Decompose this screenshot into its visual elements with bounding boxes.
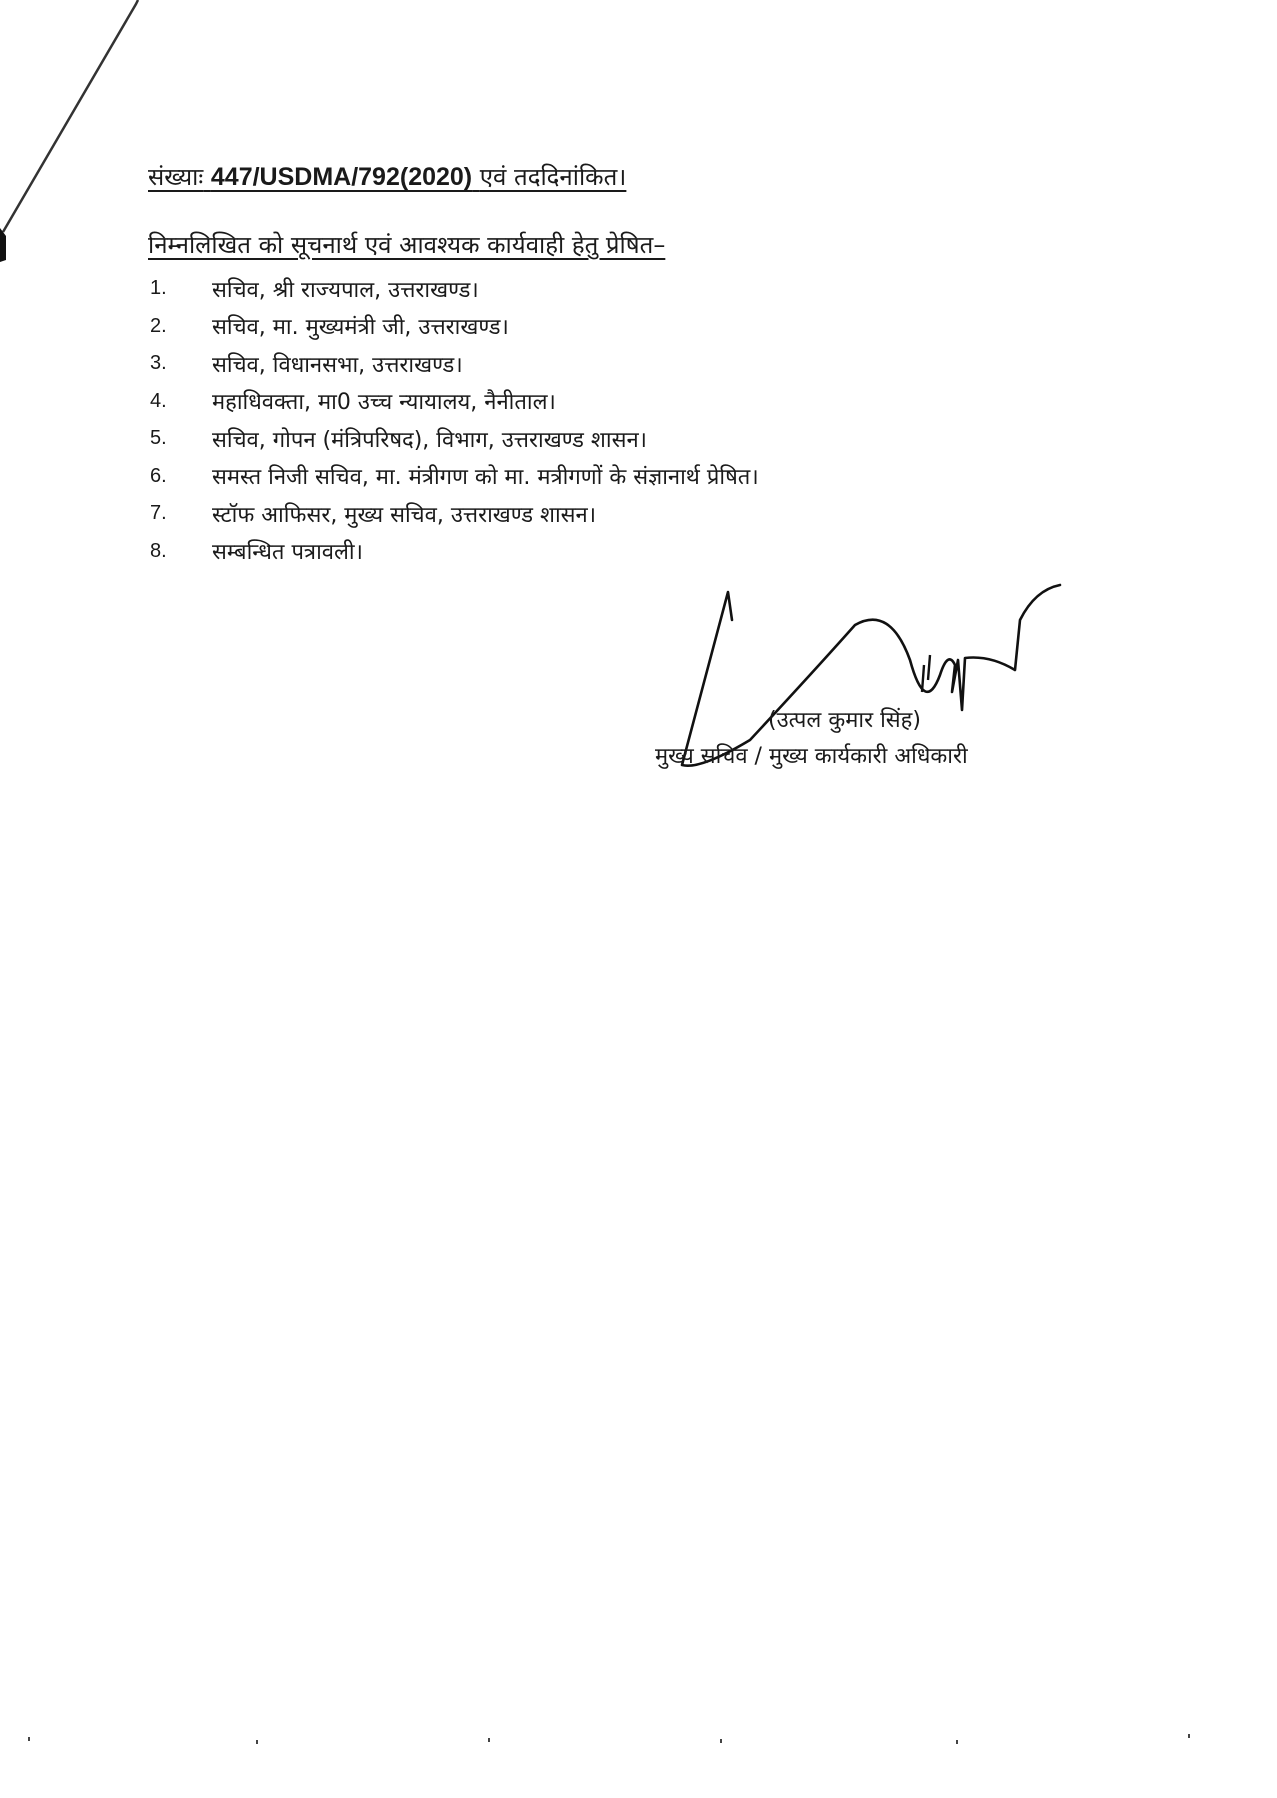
item-text: महाधिवक्ता, मा0 उच्च न्यायालय, नैनीताल। — [212, 386, 556, 416]
item-number: 4. — [150, 390, 212, 413]
signatory-name: (उत्पल कुमार सिंह) — [768, 704, 921, 734]
list-item: 2.सचिव, मा. मुख्यमंत्री जी, उत्तराखण्ड। — [150, 308, 759, 346]
item-text: स्टॉफ आफिसर, मुख्य सचिव, उत्तराखण्ड शासन… — [212, 499, 596, 529]
reference-suffix: एवं तददिनांकित। — [480, 163, 627, 191]
list-item: 3.सचिव, विधानसभा, उत्तराखण्ड। — [150, 345, 759, 383]
item-number: 6. — [150, 465, 212, 488]
list-item: 8.सम्बन्धित पत्रावली। — [150, 533, 759, 571]
recipient-list: 1.सचिव, श्री राज्यपाल, उत्तराखण्ड। 2.सचि… — [150, 270, 759, 570]
item-number: 5. — [150, 427, 212, 450]
item-text: सचिव, गोपन (मंत्रिपरिषद), विभाग, उत्तराख… — [212, 424, 647, 454]
item-text: समस्त निजी सचिव, मा. मंत्रीगण को मा. मत्… — [212, 461, 759, 491]
item-text: सम्बन्धित पत्रावली। — [212, 536, 363, 566]
scan-dot — [720, 1739, 722, 1743]
list-item: 5.सचिव, गोपन (मंत्रिपरिषद), विभाग, उत्तर… — [150, 420, 759, 458]
scan-dot — [28, 1737, 30, 1741]
reference-prefix: संख्याः — [148, 163, 203, 191]
scan-dot — [1188, 1734, 1190, 1738]
signatory-designation: मुख्य सचिव / मुख्य कार्यकारी अधिकारी — [655, 740, 968, 770]
list-item: 7.स्टॉफ आफिसर, मुख्य सचिव, उत्तराखण्ड शा… — [150, 495, 759, 533]
scan-dot — [488, 1738, 490, 1742]
item-text: सचिव, श्री राज्यपाल, उत्तराखण्ड। — [212, 274, 479, 304]
item-text: सचिव, मा. मुख्यमंत्री जी, उत्तराखण्ड। — [212, 311, 509, 341]
item-text: सचिव, विधानसभा, उत्तराखण्ड। — [212, 349, 463, 379]
reference-number-line: संख्याः 447/USDMA/792(2020) एवं तददिनांक… — [148, 160, 626, 193]
item-number: 2. — [150, 315, 212, 338]
list-item: 4.महाधिवक्ता, मा0 उच्च न्यायालय, नैनीताल… — [150, 383, 759, 421]
scan-dot — [256, 1740, 258, 1744]
item-number: 1. — [150, 277, 212, 300]
item-number: 3. — [150, 352, 212, 375]
item-number: 8. — [150, 540, 212, 563]
distribution-heading: निम्नलिखित को सूचनार्थ एवं आवश्यक कार्यव… — [148, 228, 665, 261]
item-number: 7. — [150, 502, 212, 525]
reference-number: 447/USDMA/792(2020) — [211, 163, 472, 191]
list-item: 6.समस्त निजी सचिव, मा. मंत्रीगण को मा. म… — [150, 458, 759, 496]
list-item: 1.सचिव, श्री राज्यपाल, उत्तराखण्ड। — [150, 270, 759, 308]
scan-dot — [956, 1740, 958, 1744]
